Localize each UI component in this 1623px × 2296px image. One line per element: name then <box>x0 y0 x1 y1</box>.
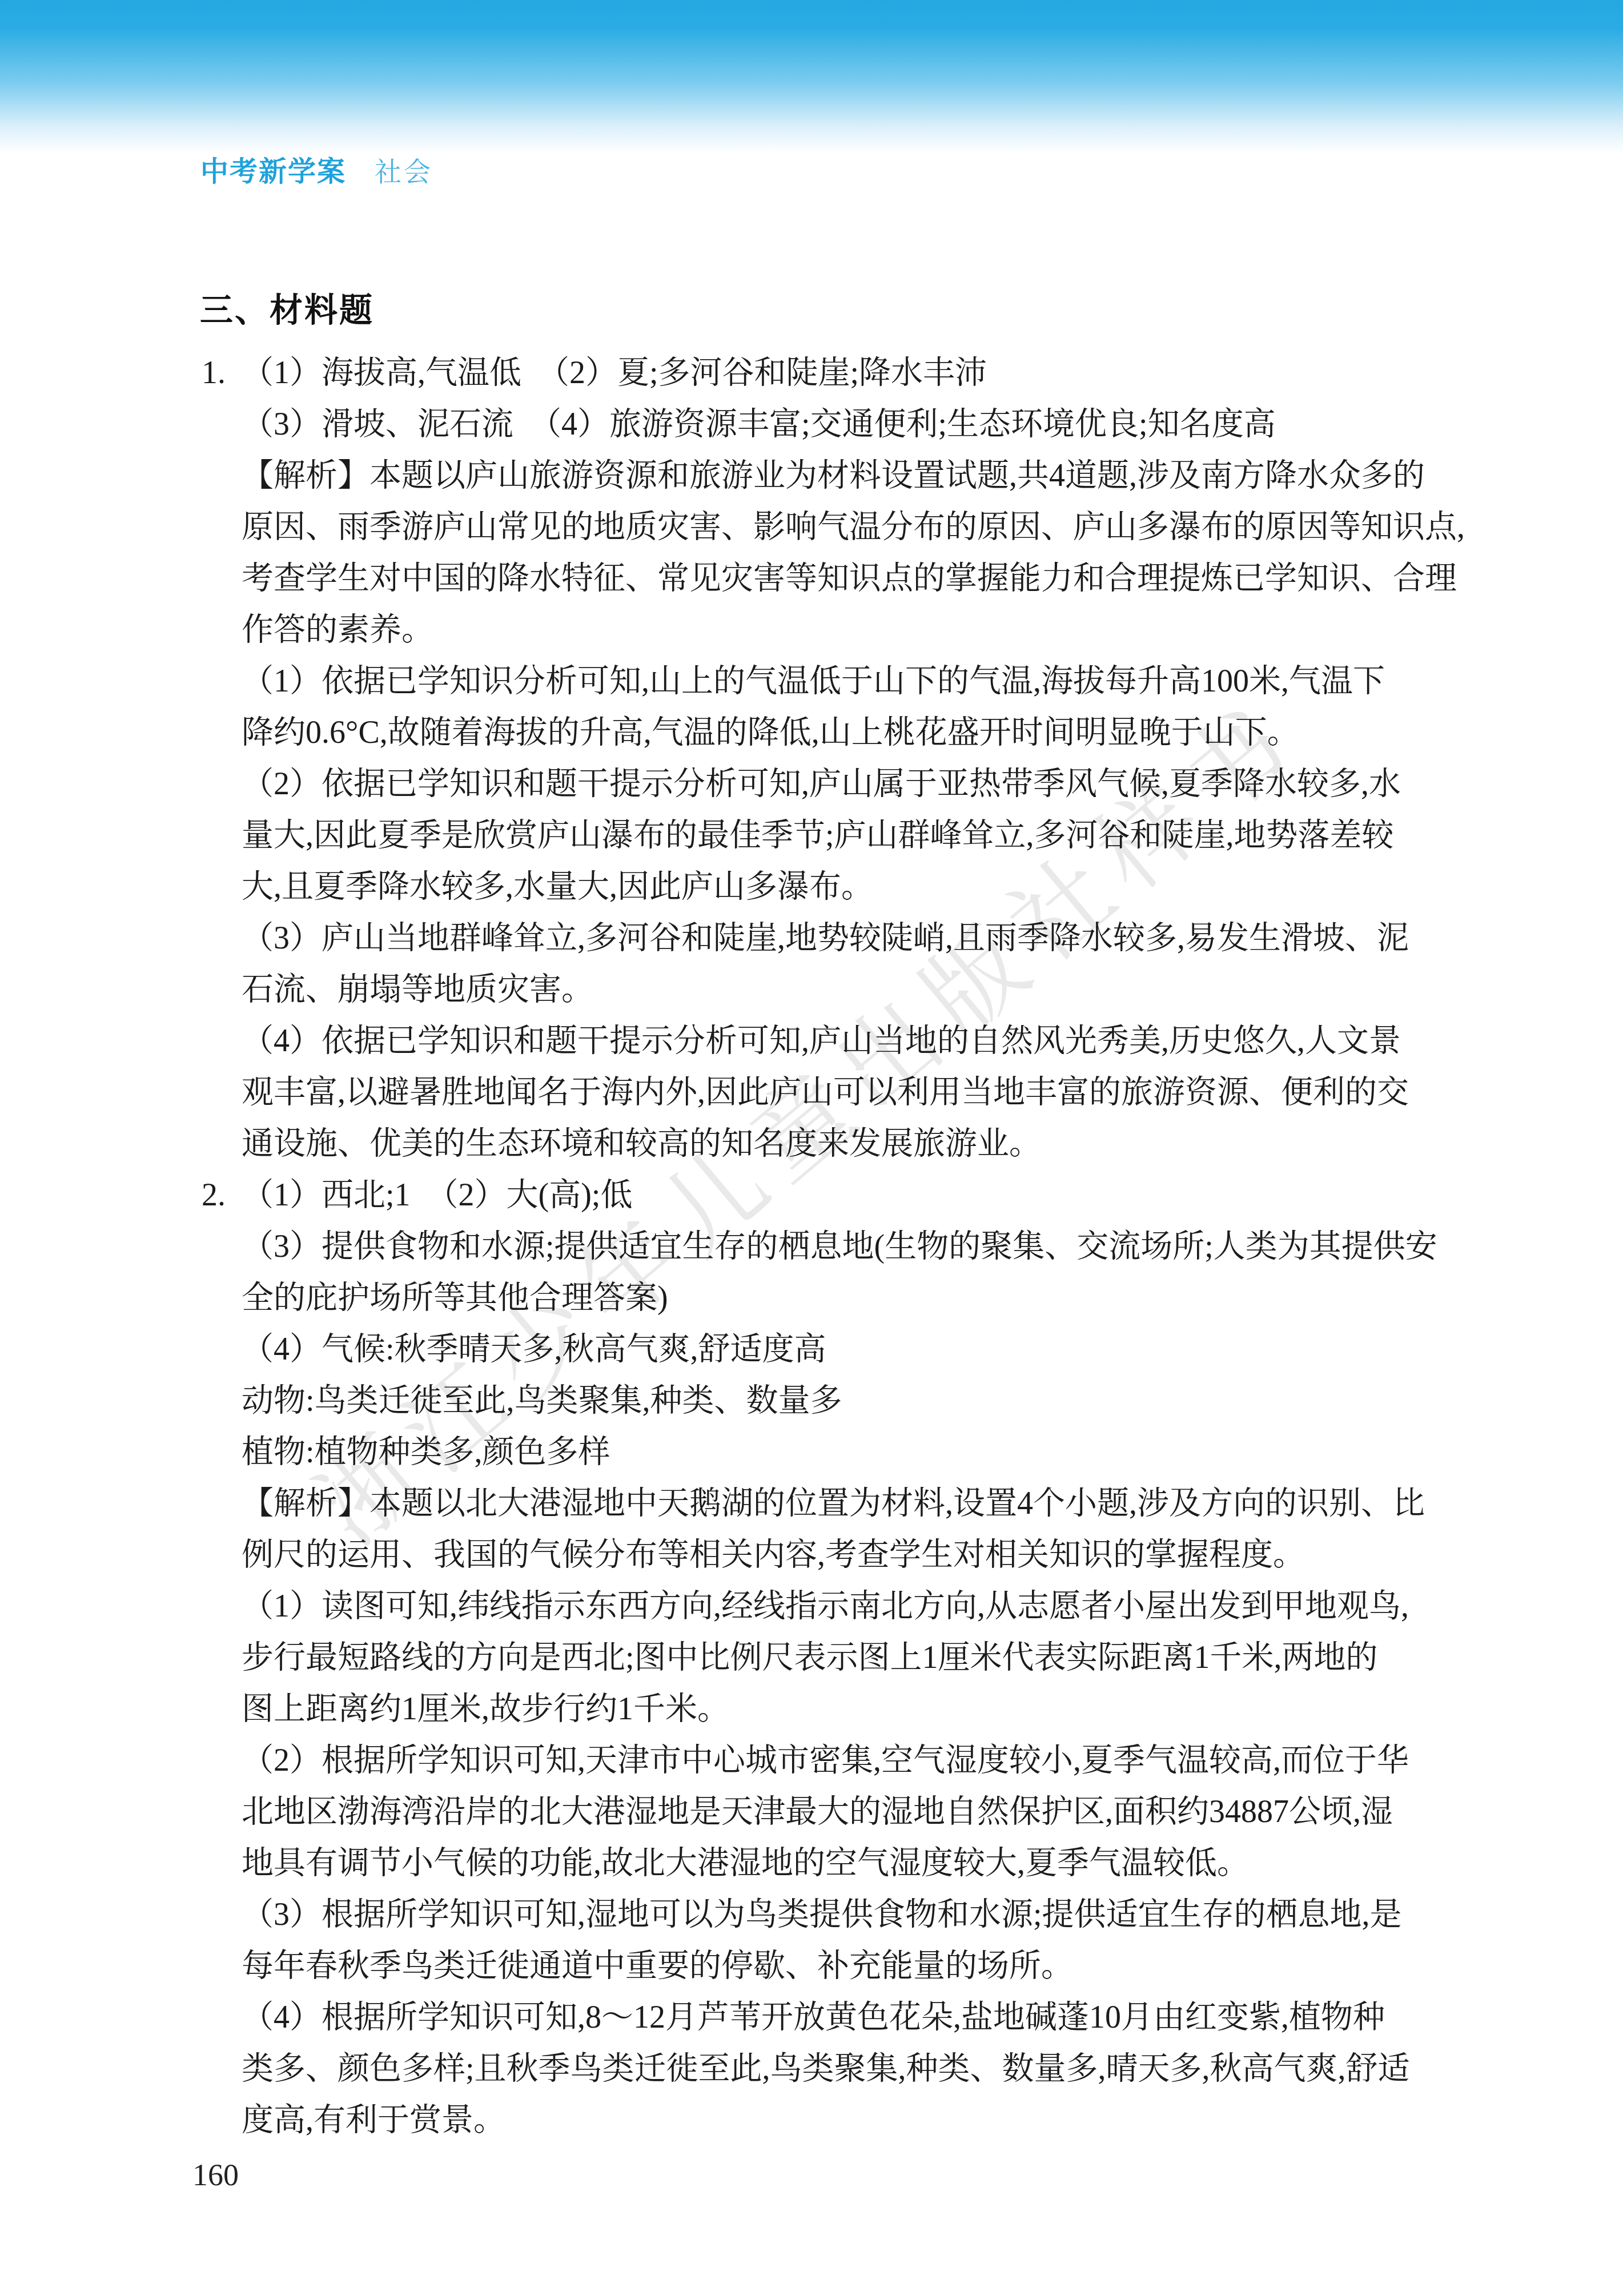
workbook-page: { "page": { "brand_series": "中考新学案", "br… <box>0 0 1623 2296</box>
text-line: 原因、雨季游庐山常见的地质灾害、影响气温分布的原因、庐山多瀑布的原因等知识点, <box>242 501 1427 553</box>
text-line: 地具有调节小气候的功能,故北大港湿地的空气湿度较大,夏季气温较低。 <box>242 1837 1427 1889</box>
text-line: （2）根据所学知识可知,天津市中心城市密集,空气湿度较小,夏季气温较高,而位于华 <box>242 1735 1427 1786</box>
answer-items: 1.（1）海拔高,气温低 （2）夏;多河谷和陡崖;降水丰沛（3）滑坡、泥石流 （… <box>242 347 1427 2146</box>
header-banner <box>0 0 1623 153</box>
text-line: 石流、崩塌等地质灾害。 <box>242 964 1427 1015</box>
text-line: （1）依据已学知识分析可知,山上的气温低于山下的气温,海拔每升高100米,气温下 <box>242 656 1427 707</box>
text-line: 全的庇护场所等其他合理答案) <box>242 1272 1427 1324</box>
text-line: 通设施、优美的生态环境和较高的知名度来发展旅游业。 <box>242 1118 1427 1169</box>
text-line: 2.（1）西北;1 （2）大(高);低 <box>242 1169 1427 1221</box>
text-line: （2）依据已学知识和题干提示分析可知,庐山属于亚热带季风气候,夏季降水较多,水 <box>242 758 1427 810</box>
text-line: （3）根据所学知识可知,湿地可以为鸟类提供食物和水源;提供适宜生存的栖息地,是 <box>242 1889 1427 1940</box>
item-number: 2. <box>202 1169 226 1221</box>
text-line: 例尺的运用、我国的气候分布等相关内容,考查学生对相关知识的掌握程度。 <box>242 1529 1427 1581</box>
text-line: 大,且夏季降水较多,水量大,因此庐山多瀑布。 <box>242 861 1427 912</box>
answer-item: 2.（1）西北;1 （2）大(高);低（3）提供食物和水源;提供适宜生存的栖息地… <box>242 1169 1427 2146</box>
text-line: 每年春秋季鸟类迁徙通道中重要的停歇、补充能量的场所。 <box>242 1940 1427 1992</box>
text-line: （3）滑坡、泥石流 （4）旅游资源丰富;交通便利;生态环境优良;知名度高 <box>242 399 1427 450</box>
brand-subject-title: 社会 <box>375 156 433 187</box>
text-line: 1.（1）海拔高,气温低 （2）夏;多河谷和陡崖;降水丰沛 <box>242 347 1427 399</box>
brand-series-title: 中考新学案 <box>200 156 346 187</box>
text-line: 作答的素养。 <box>242 604 1427 656</box>
text-line: （4）根据所学知识可知,8～12月芦苇开放黄色花朵,盐地碱蓬10月由红变紫,植物… <box>242 1992 1427 2043</box>
text-line: 【解析】本题以北大港湿地中天鹅湖的位置为材料,设置4个小题,涉及方向的识别、比 <box>242 1478 1427 1529</box>
item-number: 1. <box>202 347 226 399</box>
text-line: 类多、颜色多样;且秋季鸟类迁徙至此,鸟类聚集,种类、数量多,晴天多,秋高气爽,舒… <box>242 2043 1427 2094</box>
text-line: 降约0.6°C,故随着海拔的升高,气温的降低,山上桃花盛开时间明显晚于山下。 <box>242 707 1427 758</box>
text-line: 图上距离约1厘米,故步行约1千米。 <box>242 1683 1427 1735</box>
text-line: 植物:植物种类多,颜色多样 <box>242 1426 1427 1478</box>
text-line: （4）气候:秋季晴天多,秋高气爽,舒适度高 <box>242 1324 1427 1375</box>
text-line: 考查学生对中国的降水特征、常见灾害等知识点的掌握能力和合理提炼已学知识、合理 <box>242 553 1427 604</box>
text-line: 【解析】本题以庐山旅游资源和旅游业为材料设置试题,共4道题,涉及南方降水众多的 <box>242 450 1427 501</box>
text-line: （1）读图可知,纬线指示东西方向,经线指示南北方向,从志愿者小屋出发到甲地观鸟, <box>242 1581 1427 1632</box>
section-heading: 三、材料题 <box>200 292 1427 347</box>
text-line: （3）提供食物和水源;提供适宜生存的栖息地(生物的聚集、交流场所;人类为其提供安 <box>242 1221 1427 1272</box>
text-line: 北地区渤海湾沿岸的北大港湿地是天津最大的湿地自然保护区,面积约34887公顷,湿 <box>242 1786 1427 1837</box>
text-line: 步行最短路线的方向是西北;图中比例尺表示图上1厘米代表实际距离1千米,两地的 <box>242 1632 1427 1683</box>
answer-item: 1.（1）海拔高,气温低 （2）夏;多河谷和陡崖;降水丰沛（3）滑坡、泥石流 （… <box>242 347 1427 1169</box>
text-line: 动物:鸟类迁徙至此,鸟类聚集,种类、数量多 <box>242 1375 1427 1426</box>
page-number: 160 <box>192 2157 239 2193</box>
answers-section: 三、材料题 1.（1）海拔高,气温低 （2）夏;多河谷和陡崖;降水丰沛（3）滑坡… <box>242 292 1427 2146</box>
text-line: 度高,有利于赏景。 <box>242 2094 1427 2146</box>
text-line: （4）依据已学知识和题干提示分析可知,庐山当地的自然风光秀美,历史悠久,人文景 <box>242 1015 1427 1067</box>
text-line: （3）庐山当地群峰耸立,多河谷和陡崖,地势较陡峭,且雨季降水较多,易发生滑坡、泥 <box>242 912 1427 964</box>
text-line: 观丰富,以避暑胜地闻名于海内外,因此庐山可以利用当地丰富的旅游资源、便利的交 <box>242 1067 1427 1118</box>
brand-header: 中考新学案社会 <box>200 150 433 184</box>
text-line: 量大,因此夏季是欣赏庐山瀑布的最佳季节;庐山群峰耸立,多河谷和陡崖,地势落差较 <box>242 810 1427 861</box>
